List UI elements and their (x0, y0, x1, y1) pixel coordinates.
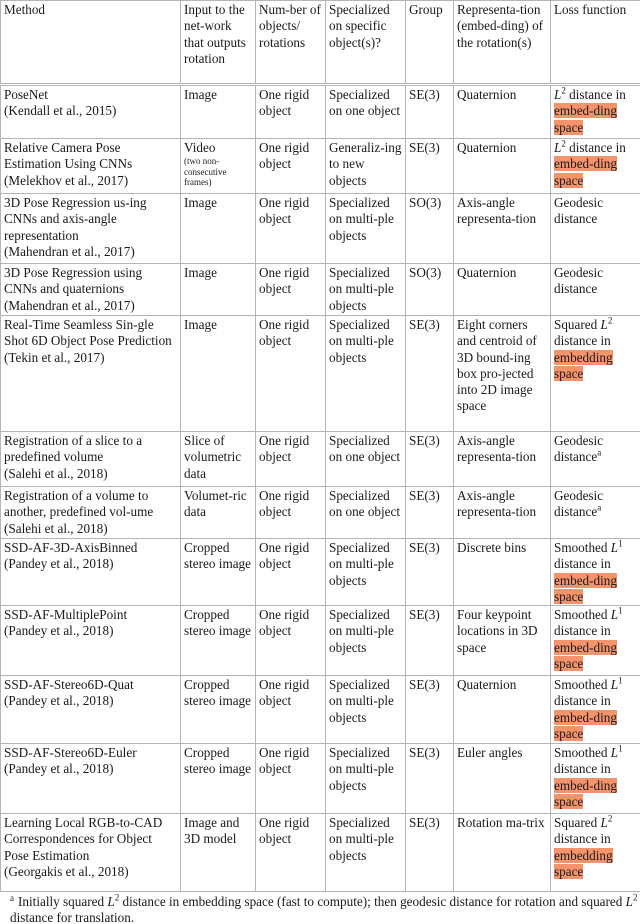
representation-cell: Axis-angle representa-tion (454, 487, 551, 539)
footnote-mark: a (10, 893, 14, 903)
table-row: SSD-AF-3D-AxisBinned(Pandey et al., 2018… (1, 539, 640, 606)
group-cell: SE(3) (406, 316, 454, 432)
table-row: Relative Camera Pose Estimation Using CN… (1, 139, 640, 194)
highlighted-term: embed-ding space (554, 778, 617, 809)
citation: (Pandey et al., 2018) (4, 623, 114, 638)
highlighted-term: embedding space (554, 848, 613, 879)
representation-cell: Eight corners and centroid of 3D bound-i… (454, 316, 551, 432)
citation: (Pandey et al., 2018) (4, 556, 114, 571)
header-objects: Num-ber of objects/ rotations (256, 1, 326, 85)
input-cell: Image (181, 85, 256, 139)
objects-cell: One rigid object (256, 316, 326, 432)
header-representation: Representa-tion (embed-ding) of the rota… (454, 1, 551, 85)
loss-cell: Geodesic distance (551, 264, 640, 316)
method-cell: Learning Local RGB-to-CAD Correspondence… (1, 814, 181, 892)
specialized-cell: Specialized on one object (326, 432, 406, 487)
representation-cell: Axis-angle representa-tion (454, 432, 551, 487)
highlighted-term: embed-ding space (554, 156, 617, 187)
loss-cell: Geodesic distance (551, 194, 640, 264)
citation: (Mahendran et al., 2017) (4, 244, 135, 259)
method-name: Relative Camera Pose Estimation Using CN… (4, 140, 132, 171)
specialized-cell: Specialized on one object (326, 487, 406, 539)
group-cell: SE(3) (406, 606, 454, 676)
method-cell: PoseNet(Kendall et al., 2015) (1, 85, 181, 139)
specialized-cell: Specialized on multi-ple objects (326, 194, 406, 264)
input-cell: Image (181, 316, 256, 432)
loss-cell: Geodesic distancea (551, 487, 640, 539)
representation-cell: Rotation ma-trix (454, 814, 551, 892)
loss-cell: Smoothed L1 distance in embed-ding space (551, 676, 640, 744)
objects-cell: One rigid object (256, 744, 326, 814)
objects-cell: One rigid object (256, 139, 326, 194)
input-note: (two non-consecutive frames) (184, 156, 252, 188)
representation-cell: Quaternion (454, 85, 551, 139)
input-cell: Slice of volumetric data (181, 432, 256, 487)
method-cell: SSD-AF-Stereo6D-Quat(Pandey et al., 2018… (1, 676, 181, 744)
specialized-cell: Specialized on multi-ple objects (326, 539, 406, 606)
citation: (Pandey et al., 2018) (4, 693, 114, 708)
input-cell: Cropped stereo image (181, 744, 256, 814)
method-cell: 3D Pose Regression using CNNs and quater… (1, 264, 181, 316)
loss-cell: Smoothed L1 distance in embed-ding space (551, 744, 640, 814)
specialized-cell: Specialized on multi-ple objects (326, 316, 406, 432)
method-cell: Relative Camera Pose Estimation Using CN… (1, 139, 181, 194)
loss-cell: Smoothed L1 distance in embed-ding space (551, 539, 640, 606)
input-cell: Cropped stereo image (181, 676, 256, 744)
highlighted-term: embed-ding space (554, 710, 617, 741)
group-cell: SE(3) (406, 85, 454, 139)
representation-cell: Discrete bins (454, 539, 551, 606)
specialized-cell: Specialized on one object (326, 85, 406, 139)
method-cell: SSD-AF-Stereo6D-Euler(Pandey et al., 201… (1, 744, 181, 814)
header-specialized: Specialized on specific object(s)? (326, 1, 406, 85)
table-row: 3D Pose Regression using CNNs and quater… (1, 264, 640, 316)
group-cell: SE(3) (406, 139, 454, 194)
input-cell: Volumet-ric data (181, 487, 256, 539)
table-row: Registration of a volume to another, pre… (1, 487, 640, 539)
input-cell: Cropped stereo image (181, 606, 256, 676)
method-cell: 3D Pose Regression us-ing CNNs and axis-… (1, 194, 181, 264)
citation: (Salehi et al., 2018) (4, 521, 108, 536)
method-cell: SSD-AF-MultiplePoint(Pandey et al., 2018… (1, 606, 181, 676)
citation: (Salehi et al., 2018) (4, 466, 108, 481)
specialized-cell: Specialized on multi-ple objects (326, 744, 406, 814)
citation: (Tekin et al., 2017) (4, 350, 105, 365)
objects-cell: One rigid object (256, 194, 326, 264)
table-row: Learning Local RGB-to-CAD Correspondence… (1, 814, 640, 892)
loss-cell: L2 distance in embed-ding space (551, 85, 640, 139)
specialized-cell: Specialized on multi-ple objects (326, 814, 406, 892)
header-input: Input to the net-work that outputs rotat… (181, 1, 256, 85)
header-group: Group (406, 1, 454, 85)
group-cell: SO(3) (406, 194, 454, 264)
method-name: SSD-AF-MultiplePoint (4, 607, 127, 622)
group-cell: SE(3) (406, 744, 454, 814)
method-cell: Real-Time Seamless Sin-gle Shot 6D Objec… (1, 316, 181, 432)
input-cell: Image (181, 264, 256, 316)
method-cell: SSD-AF-3D-AxisBinned(Pandey et al., 2018… (1, 539, 181, 606)
highlighted-term: embed-ding space (554, 573, 617, 604)
method-name: Learning Local RGB-to-CAD Correspondence… (4, 815, 162, 863)
method-cell: Registration of a volume to another, pre… (1, 487, 181, 539)
citation: (Melekhov et al., 2017) (4, 173, 128, 188)
representation-cell: Euler angles (454, 744, 551, 814)
method-cell: Registration of a slice to a predefined … (1, 432, 181, 487)
method-name: SSD-AF-3D-AxisBinned (4, 540, 137, 555)
header-loss: Loss function (551, 1, 640, 85)
highlighted-term: embed-ding space (554, 640, 617, 671)
footnote-ref: a (597, 503, 601, 513)
objects-cell: One rigid object (256, 487, 326, 539)
header-method: Method (1, 1, 181, 85)
citation: (Mahendran et al., 2017) (4, 298, 135, 313)
loss-cell: Squared L2 distance in embedding space (551, 814, 640, 892)
citation: (Georgakis et al., 2018) (4, 864, 129, 879)
table-row: 3D Pose Regression us-ing CNNs and axis-… (1, 194, 640, 264)
input-cell: Cropped stereo image (181, 539, 256, 606)
footnote: aInitially squared L2 distance in embedd… (0, 892, 640, 924)
method-name: 3D Pose Regression us-ing CNNs and axis-… (4, 195, 147, 243)
highlighted-term: embedding space (554, 350, 613, 381)
citation: (Pandey et al., 2018) (4, 761, 114, 776)
objects-cell: One rigid object (256, 606, 326, 676)
group-cell: SE(3) (406, 432, 454, 487)
method-name: Registration of a volume to another, pre… (4, 488, 153, 519)
table-row: Registration of a slice to a predefined … (1, 432, 640, 487)
representation-cell: Four keypoint locations in 3D space (454, 606, 551, 676)
input-cell: Image (181, 194, 256, 264)
group-cell: SE(3) (406, 814, 454, 892)
method-name: Registration of a slice to a predefined … (4, 433, 142, 464)
method-name: SSD-AF-Stereo6D-Quat (4, 677, 134, 692)
objects-cell: One rigid object (256, 676, 326, 744)
input-cell: Video(two non-consecutive frames) (181, 139, 256, 194)
table-row: SSD-AF-Stereo6D-Quat(Pandey et al., 2018… (1, 676, 640, 744)
objects-cell: One rigid object (256, 432, 326, 487)
header-row: MethodInput to the net-work that outputs… (1, 1, 640, 85)
methods-table: MethodInput to the net-work that outputs… (0, 0, 640, 892)
representation-cell: Quaternion (454, 139, 551, 194)
representation-cell: Quaternion (454, 676, 551, 744)
objects-cell: One rigid object (256, 814, 326, 892)
input-cell: Image and 3D model (181, 814, 256, 892)
footnote-ref: a (597, 448, 601, 458)
representation-cell: Axis-angle representa-tion (454, 194, 551, 264)
specialized-cell: Specialized on multi-ple objects (326, 264, 406, 316)
citation: (Kendall et al., 2015) (4, 103, 116, 118)
objects-cell: One rigid object (256, 85, 326, 139)
specialized-cell: Generaliz-ing to new objects (326, 139, 406, 194)
group-cell: SE(3) (406, 676, 454, 744)
method-name: 3D Pose Regression using CNNs and quater… (4, 265, 142, 296)
loss-cell: Smoothed L1 distance in embed-ding space (551, 606, 640, 676)
loss-cell: L2 distance in embed-ding space (551, 139, 640, 194)
group-cell: SE(3) (406, 487, 454, 539)
group-cell: SO(3) (406, 264, 454, 316)
specialized-cell: Specialized on multi-ple objects (326, 606, 406, 676)
loss-cell: Squared L2 distance in embedding space (551, 316, 640, 432)
table-row: SSD-AF-MultiplePoint(Pandey et al., 2018… (1, 606, 640, 676)
loss-cell: Geodesic distancea (551, 432, 640, 487)
objects-cell: One rigid object (256, 539, 326, 606)
table-row: Real-Time Seamless Sin-gle Shot 6D Objec… (1, 316, 640, 432)
objects-cell: One rigid object (256, 264, 326, 316)
group-cell: SE(3) (406, 539, 454, 606)
representation-cell: Quaternion (454, 264, 551, 316)
highlighted-term: embed-ding space (554, 103, 617, 134)
table-row: SSD-AF-Stereo6D-Euler(Pandey et al., 201… (1, 744, 640, 814)
method-name: PoseNet (4, 87, 48, 102)
table-row: PoseNet(Kendall et al., 2015)ImageOne ri… (1, 85, 640, 139)
method-name: Real-Time Seamless Sin-gle Shot 6D Objec… (4, 317, 172, 348)
specialized-cell: Specialized on multi-ple objects (326, 676, 406, 744)
method-name: SSD-AF-Stereo6D-Euler (4, 745, 137, 760)
